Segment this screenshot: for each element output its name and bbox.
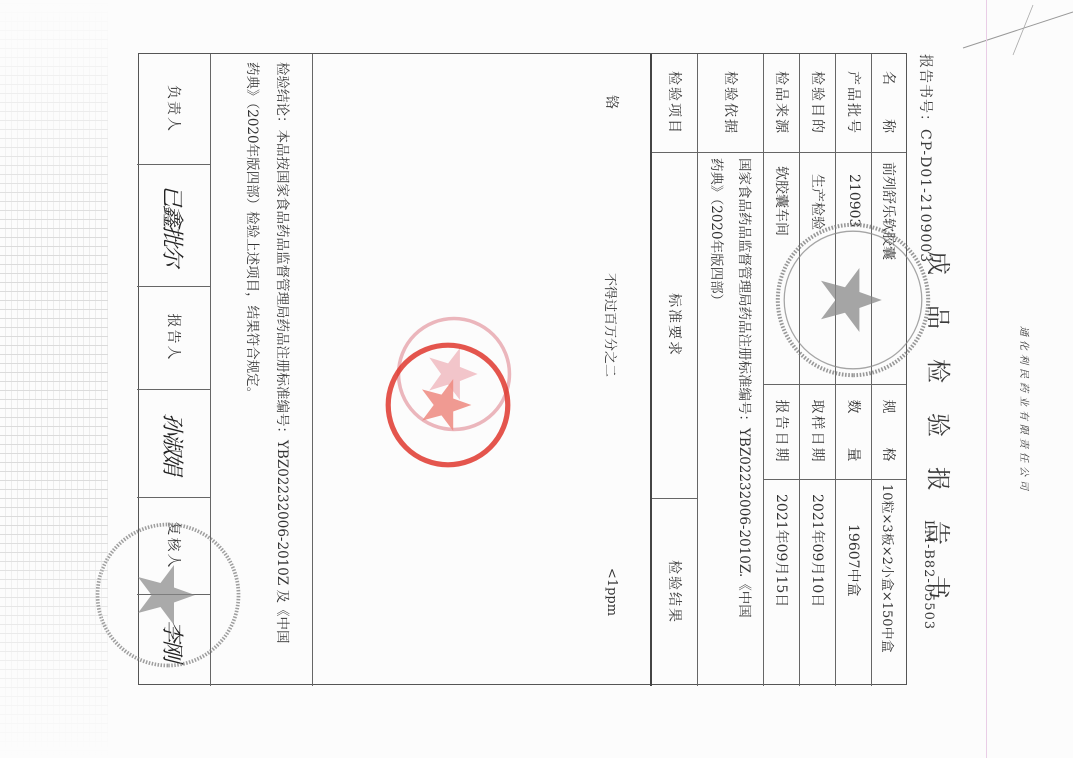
quantity-label: 数 量 [836, 384, 872, 479]
report-date-label: 报告日期 [764, 384, 800, 479]
report-page: 通化利民药业有限责任公司 成品检验报告书 报告书号：CP-D01-2109003… [0, 0, 1073, 758]
quantity-value: 19607中盒 [836, 524, 872, 674]
row-divider [312, 54, 313, 686]
responsible-signature: 已鑫批尔 [137, 164, 211, 286]
report-date-value: 2021年09月15日 [764, 494, 800, 674]
spec-value: 10粒×3板×2小盒×150中盒 [872, 484, 906, 684]
row-result: <1ppm [572, 498, 652, 686]
col-divider [698, 152, 906, 153]
header-result: 检验结果 [652, 498, 698, 686]
conclusion-line2: 药典》（2020年版四部）检验上述项目，结果符合规定。 [242, 62, 266, 682]
report-number-label: 报告书号： [917, 54, 933, 129]
paper-crease [953, 0, 1073, 60]
company-name: 通化利民药业有限责任公司 [1018, 180, 1033, 640]
stamp-qa-top [773, 220, 933, 380]
purpose-label: 检验目的 [800, 54, 836, 152]
row-item: 铬 [572, 54, 652, 152]
sample-date-label: 取样日期 [800, 384, 836, 479]
stamp-qa-bottom [93, 520, 243, 670]
header-requirement: 标准要求 [652, 152, 698, 498]
row-requirement: 不得过百万分之二 [572, 152, 652, 498]
spec-label: 规 格 [872, 384, 906, 479]
basis-label: 检验依据 [698, 54, 764, 152]
source-label: 检品来源 [764, 54, 800, 152]
stamp-jilin [383, 340, 513, 470]
reporter-label: 报告人 [137, 286, 211, 389]
reporter-signature: 孙淑娟 [137, 389, 211, 497]
name-label: 名 称 [872, 54, 906, 152]
scan-noise [0, 0, 108, 758]
header-test-item: 检验项目 [652, 54, 698, 152]
responsible-label: 负责人 [137, 54, 211, 164]
basis-value-line1: 国家食品药品监督管理局药品注册标准编号：YBZ02232006-2010Z.《中… [734, 158, 758, 683]
batch-label: 产品批号 [836, 54, 872, 152]
form-number: LM-B82-05503 [921, 520, 936, 630]
margin-line [986, 0, 987, 758]
col-divider [764, 479, 906, 480]
conclusion-line1: 检验结论：本品按国家食品药品监督管理局药品注册标准编号：YBZ02232006-… [272, 62, 296, 682]
sample-date-value: 2021年09月10日 [800, 494, 836, 674]
basis-value-line2: 药典》（2020年版四部） [706, 158, 730, 683]
